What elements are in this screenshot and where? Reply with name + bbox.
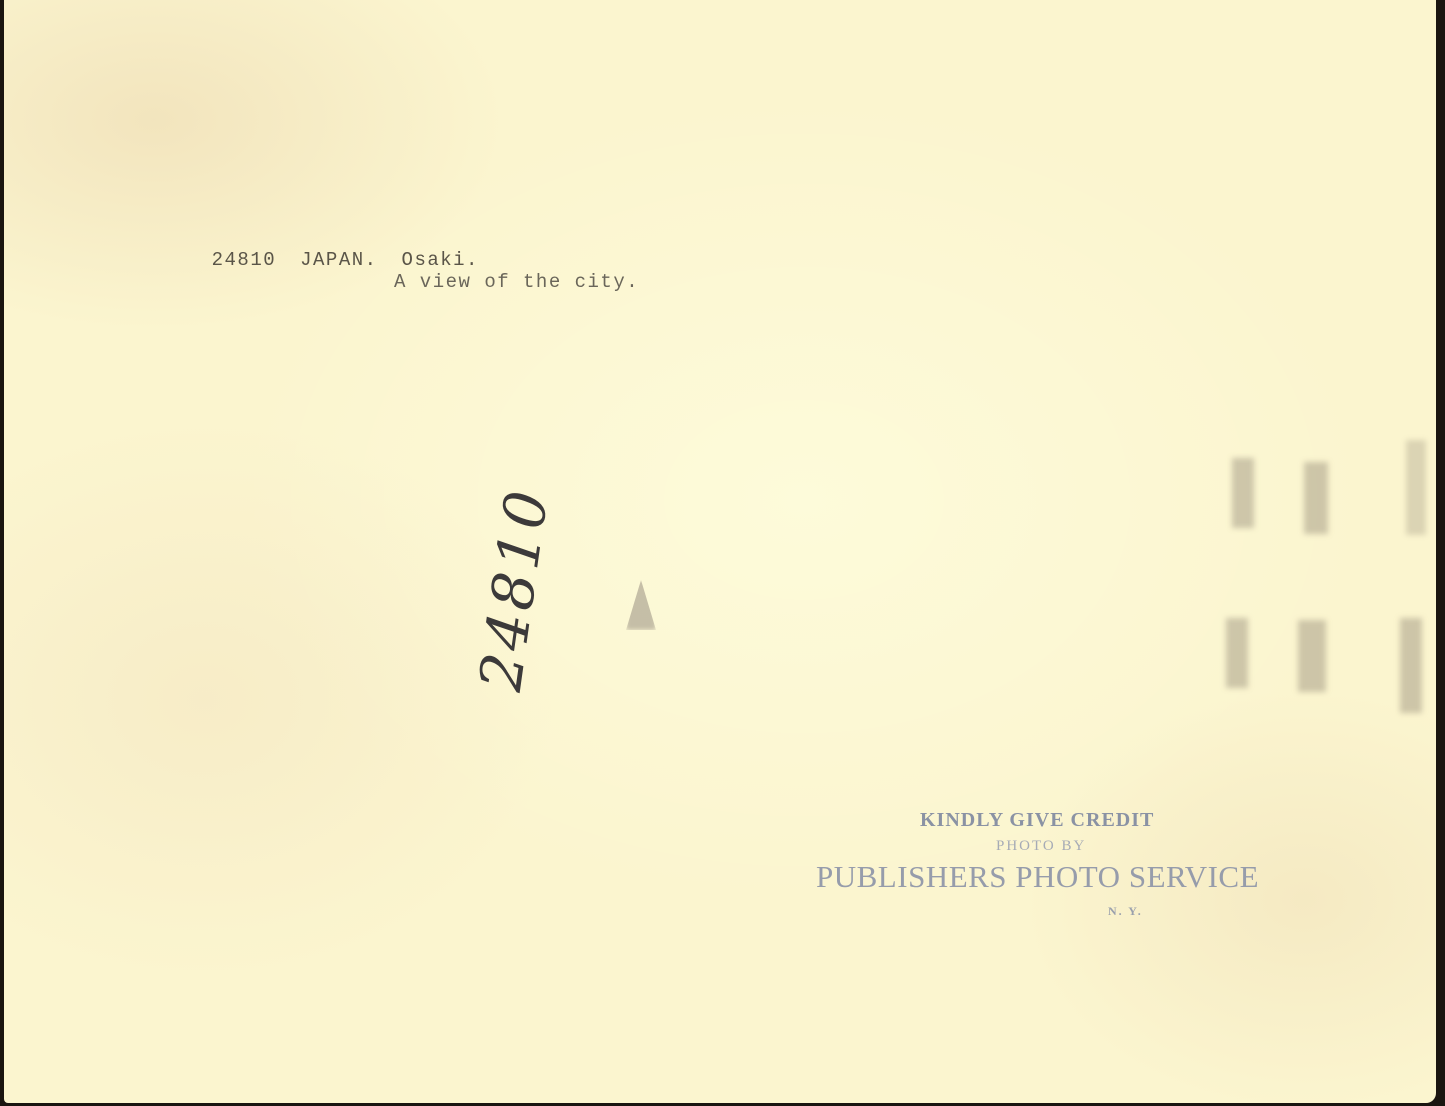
- handwritten-number: 24810: [464, 470, 563, 707]
- bleed-mark: [1298, 620, 1326, 692]
- photo-card-back: 24810JAPAN.Osaki. A view of the city. 24…: [4, 0, 1436, 1103]
- stamp-photo-by: PHOTO BY: [996, 838, 1086, 855]
- caption-country: JAPAN.: [300, 249, 377, 271]
- bleed-mark: [1226, 618, 1248, 688]
- caption-number: 24810: [212, 249, 277, 271]
- stamp-credit-line: KINDLY GIVE CREDIT: [920, 809, 1154, 832]
- ink-smudge: [626, 580, 656, 630]
- bleed-mark: [1304, 462, 1328, 534]
- caption-place: Osaki.: [402, 249, 479, 271]
- bleed-mark: [1406, 440, 1426, 535]
- stamp-location: N. Y.: [1108, 904, 1143, 919]
- bleed-mark: [1232, 458, 1254, 528]
- caption-description: A view of the city.: [394, 271, 639, 293]
- stamp-publisher: PUBLISHERS PHOTO SERVICE: [816, 859, 1259, 895]
- bleed-mark: [1400, 618, 1422, 713]
